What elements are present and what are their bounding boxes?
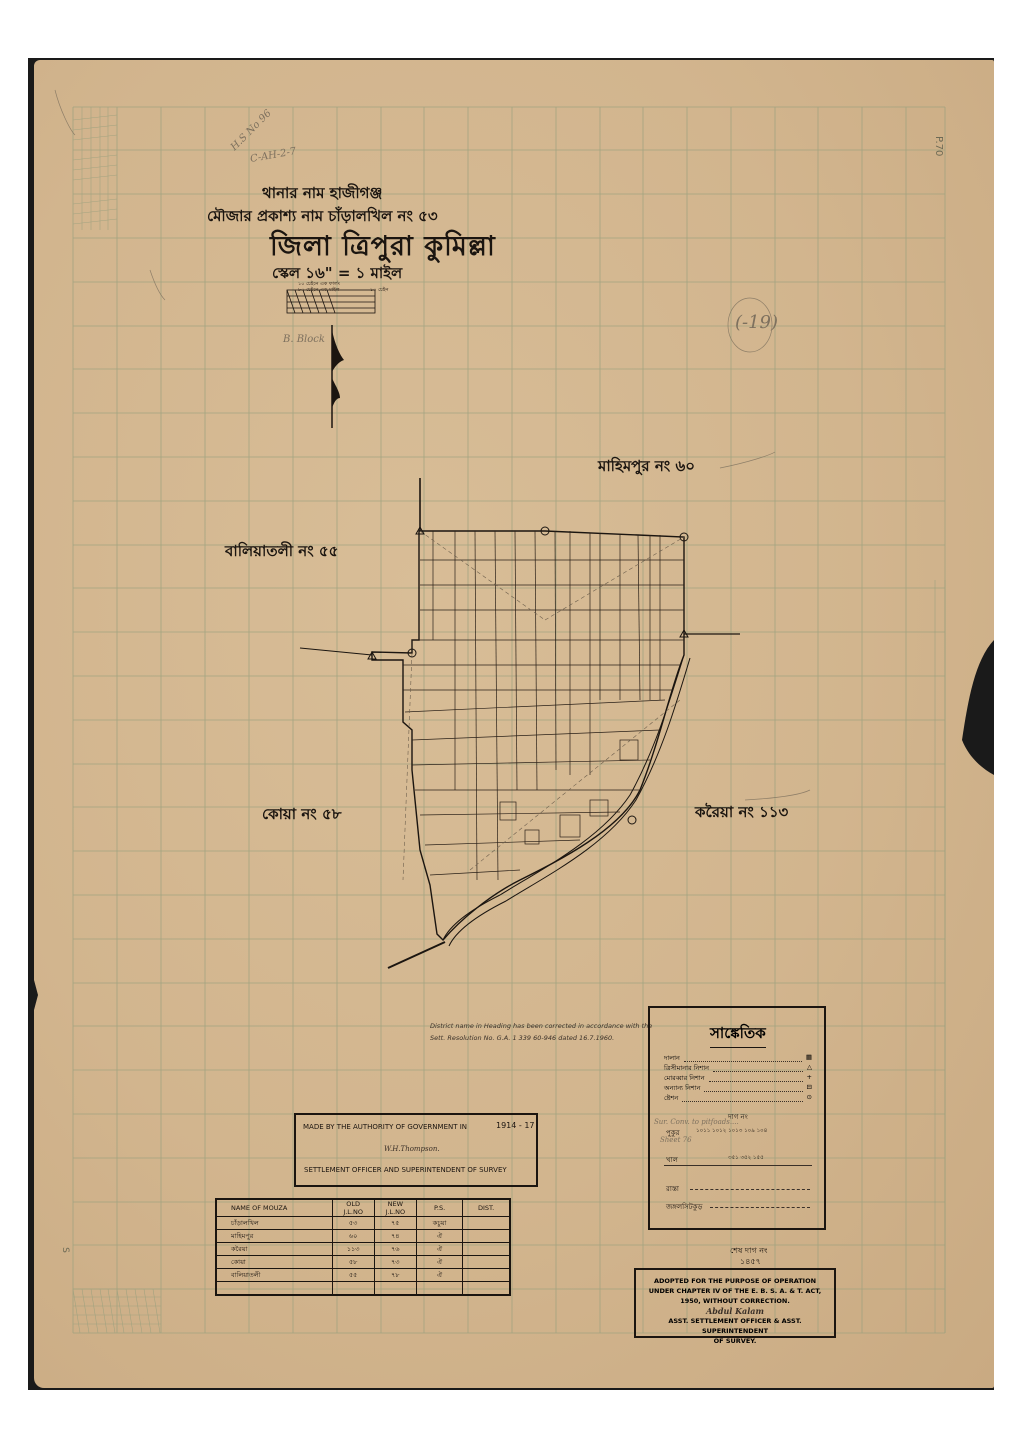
adoption-line2: UNDER CHAPTER IV OF THE E. B. S. A. & T.… [636, 1286, 834, 1296]
legend-row-road-label: রাস্তা [666, 1183, 679, 1195]
col-header: P.S. [416, 1199, 462, 1217]
adoption-line5: OF SURVEY. [636, 1336, 834, 1346]
col-header: NEW J.L.NO [374, 1199, 416, 1217]
table-row: বালিয়াতলী৫৫৭৮ঐ [216, 1269, 510, 1282]
adoption-signature: Abdul Kalam [636, 1306, 834, 1316]
table-row: মাহিমপুর৬০৭৪ঐ [216, 1230, 510, 1243]
col-header: DIST. [463, 1199, 510, 1217]
circled-number: (-19) [735, 312, 778, 333]
cadastral-map [0, 0, 1024, 1447]
scale-bar-end-label: ১০ চেইন [370, 287, 388, 295]
neighbor-north: মাহিমপুর নং ৬০ [598, 455, 695, 480]
col-header: NAME OF MOUZA [216, 1199, 332, 1217]
scale-bar-note-2: ৮০ চেইনে এক মাইল [298, 287, 339, 295]
table-header-row: NAME OF MOUZA OLD J.L.NO NEW J.L.NO P.S.… [216, 1199, 510, 1217]
sheet-id: P.70 [933, 136, 944, 156]
correction-note-line1: District name in Heading has been correc… [430, 1020, 652, 1032]
authority-signature: W.H.Thompson. [384, 1145, 440, 1153]
col-header: OLD J.L.NO [332, 1199, 374, 1217]
legend-item: ষ্টেশন ⊙ [664, 1093, 812, 1104]
adoption-box: ADOPTED FOR THE PURPOSE OF OPERATION UND… [634, 1268, 836, 1338]
table-row: কোয়া৫৮৭৩ঐ [216, 1256, 510, 1269]
legend-row-pond-value: ১০১১ ১০১২ ১০১৩ ১০৯ ১০৪ [696, 1128, 767, 1136]
legend-row-jungle-label: জঙ্গলসিটকুড় [666, 1201, 702, 1213]
thana-name: থানার নাম হাজীগঞ্জ [262, 182, 382, 207]
authority-box: MADE BY THE AUTHORITY OF GOVERNMENT IN 1… [294, 1113, 538, 1187]
adoption-line3: 1950, WITHOUT CORRECTION. [636, 1296, 834, 1306]
legend-box: সাঙ্কেতিক দালান ▦ ত্রিসীমানার নিশান △ মো… [648, 1006, 826, 1230]
table-row: চাঁড়ালখিল৫৩৭৫কচুয়া [216, 1217, 510, 1230]
road-line [690, 1189, 810, 1190]
bottom-left-label: S [60, 1247, 70, 1253]
mouza-table: NAME OF MOUZA OLD J.L.NO NEW J.L.NO P.S.… [215, 1198, 511, 1296]
station-circle-icon: ⊙ [807, 1093, 812, 1104]
legend-pencil-sheet: Sheet 76 [660, 1136, 692, 1144]
legend-title: সাঙ্কেতিক [710, 1022, 766, 1048]
table-row [216, 1282, 510, 1296]
neighbor-southwest: কোয়া নং ৫৮ [262, 803, 341, 828]
authority-line2: SETTLEMENT OFFICER AND SUPERINTENDENT OF… [304, 1166, 507, 1174]
adoption-line4: ASST. SETTLEMENT OFFICER & ASST. SUPERIN… [636, 1316, 834, 1336]
block-label: B. Block [283, 334, 325, 345]
canal-line [664, 1165, 812, 1166]
correction-note: District name in Heading has been correc… [430, 1020, 652, 1044]
north-arrow-icon [332, 325, 344, 428]
legend-pencil-note: Sur. Conv. to pitfoads.... [654, 1118, 739, 1126]
correction-note-line2: Sett. Resolution No. G.A. 1 339 60-946 d… [430, 1032, 652, 1044]
table-row: করৈয়া১১৩৭৬ঐ [216, 1243, 510, 1256]
neighbor-east: করৈয়া নং ১১৩ [695, 801, 788, 826]
jungle-line [710, 1207, 810, 1208]
authority-years: 1914 - 17 [496, 1121, 535, 1130]
neighbor-west: বালিয়াতলী নং ৫৫ [225, 540, 338, 565]
authority-line1: MADE BY THE AUTHORITY OF GOVERNMENT IN [303, 1123, 467, 1131]
legend-row-canal-value: ৩৫১ ৩৫২ ১৫৫ [728, 1155, 764, 1163]
adoption-line1: ADOPTED FOR THE PURPOSE OF OPERATION [636, 1276, 834, 1286]
